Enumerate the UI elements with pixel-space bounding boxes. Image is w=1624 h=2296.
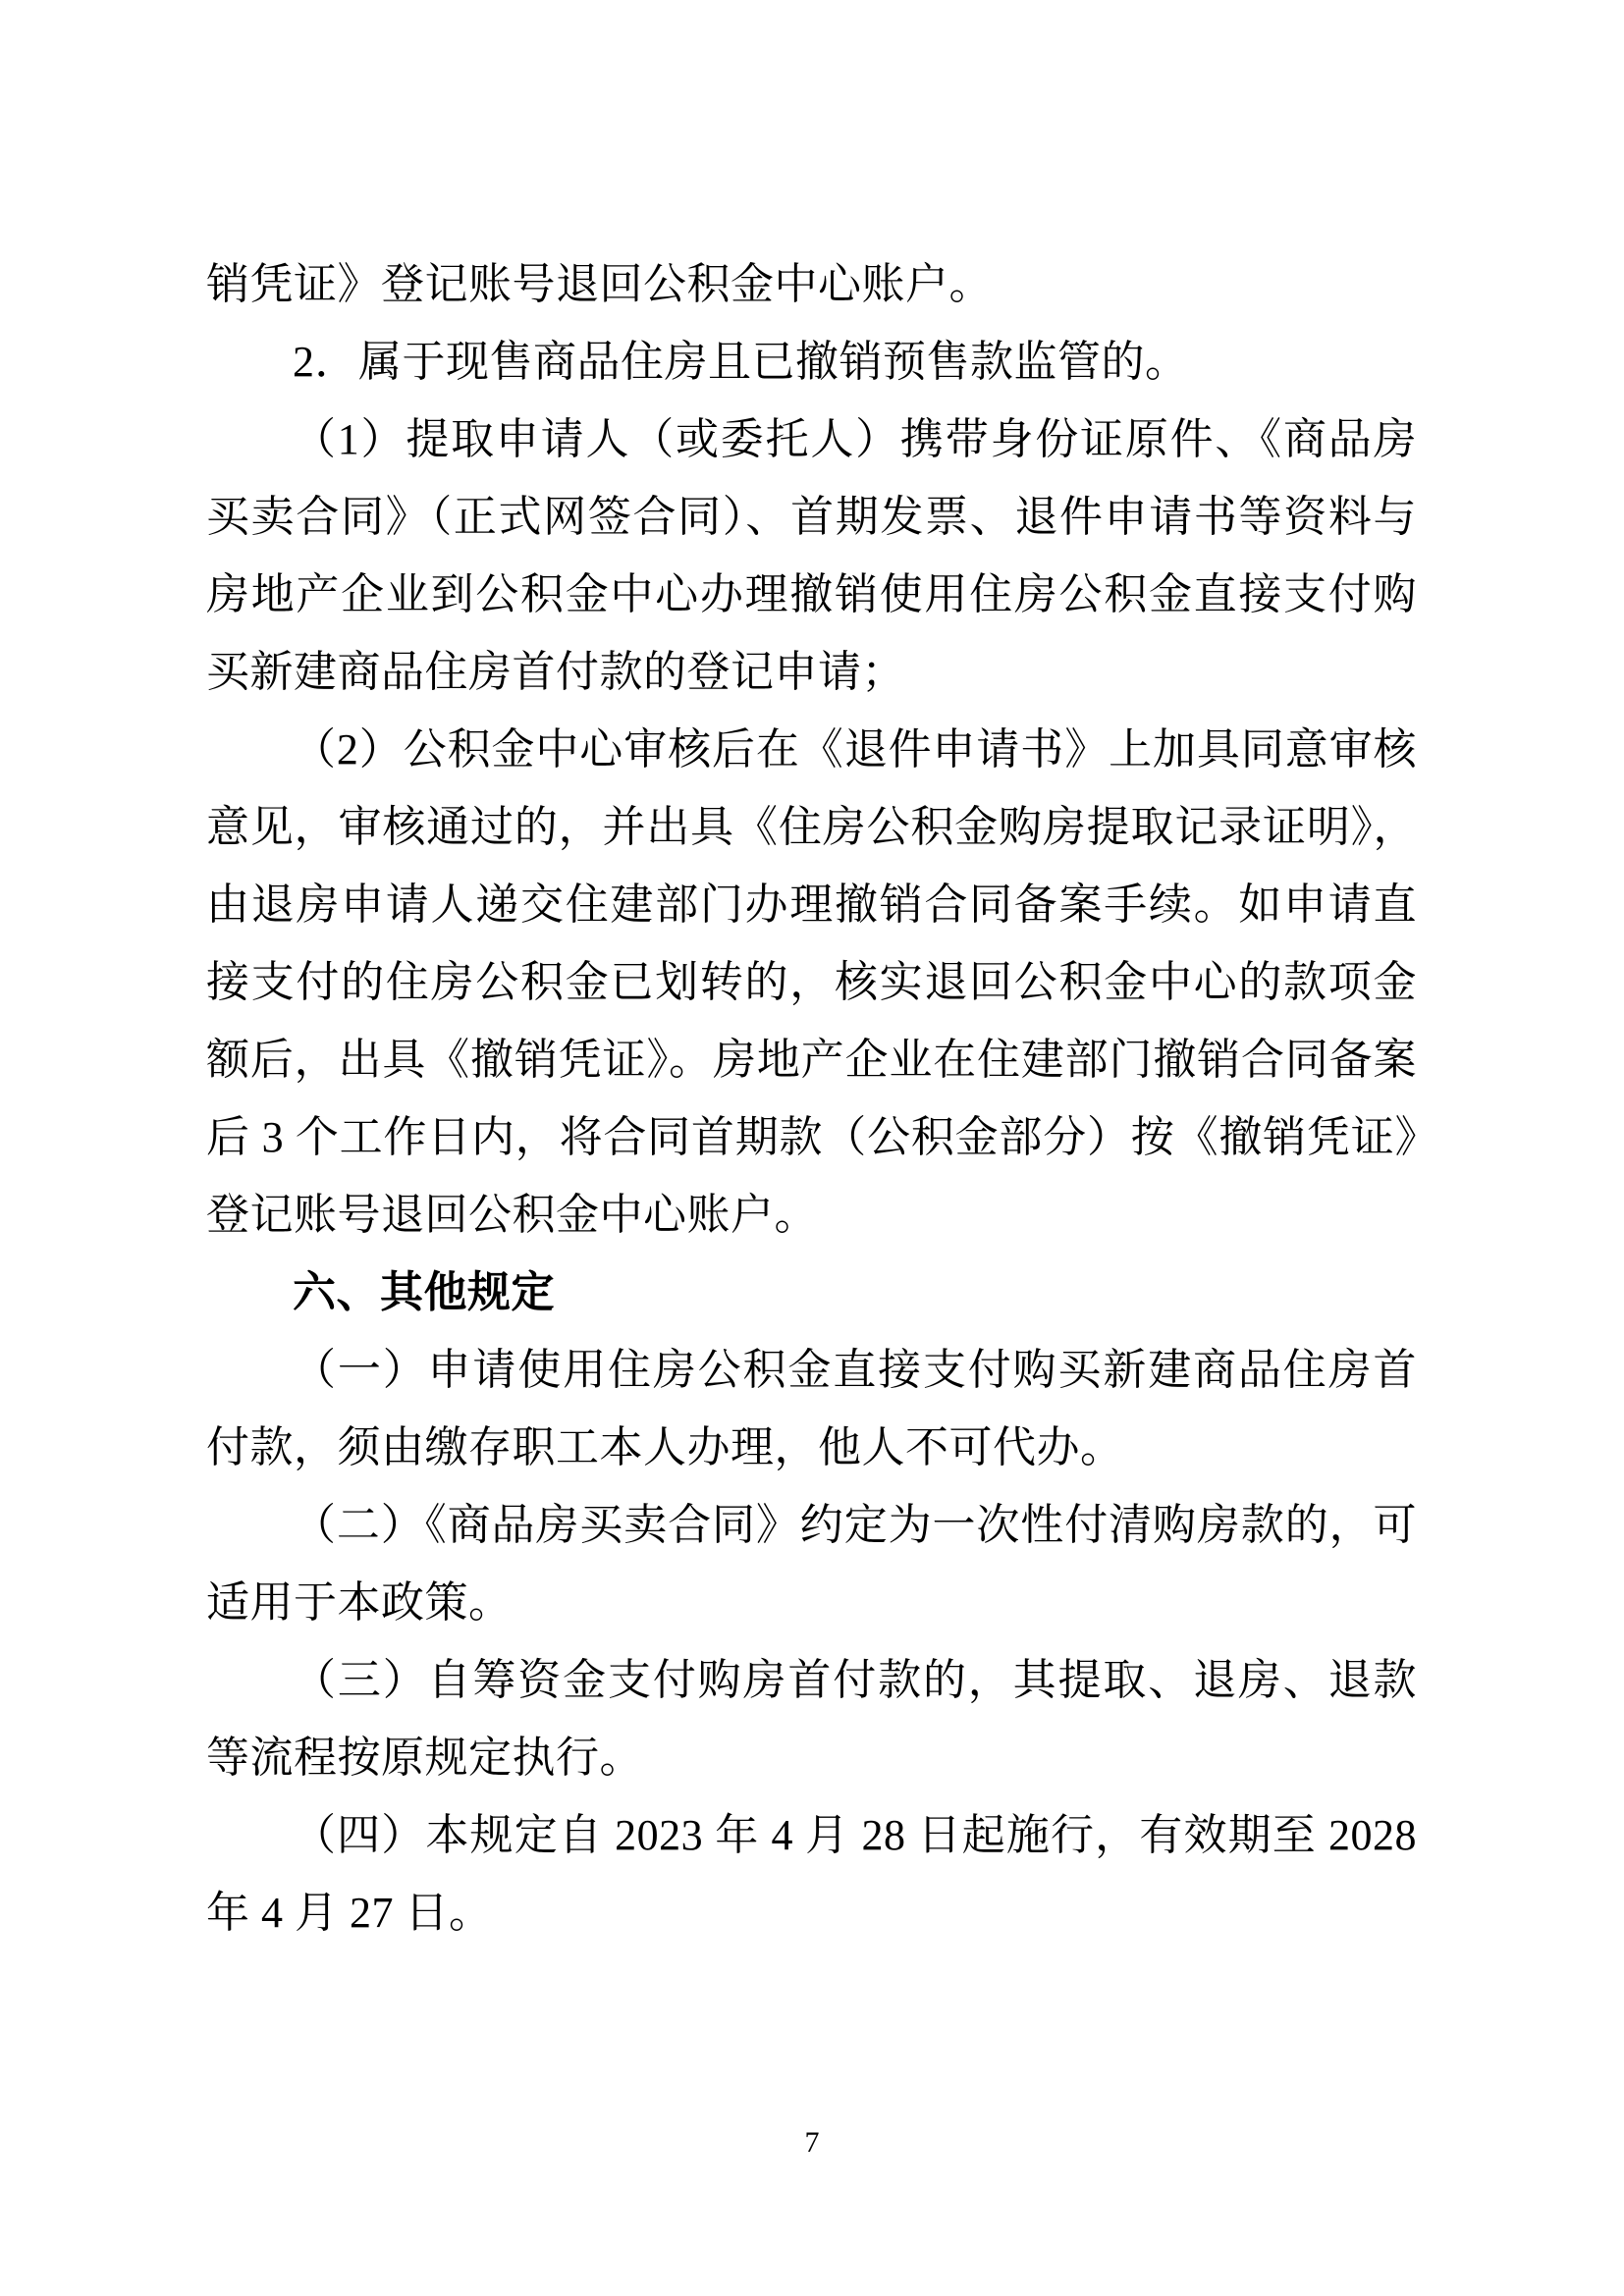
document-viewport: { "document": { "page_number": "7", "par… [0,0,1624,2296]
paragraph: 2．属于现售商品住房且已撤销预售款监管的。 [206,323,1417,400]
paragraph: （一）申请使用住房公积金直接支付购买新建商品住房首付款，须由缴存职工本人办理，他… [206,1331,1417,1486]
page-number: 7 [0,2123,1624,2163]
section-heading: 六、其他规定 [206,1254,1417,1331]
paragraph: （三）自筹资金支付购房首付款的，其提取、退房、退款等流程按原规定执行。 [206,1641,1417,1796]
paragraph: （2）公积金中心审核后在《退件申请书》上加具同意审核意见，审核通过的，并出具《住… [206,711,1417,1254]
document-page: 销凭证》登记账号退回公积金中心账户。2．属于现售商品住房且已撤销预售款监管的。（… [0,0,1624,2296]
paragraph: （1）提取申请人（或委托人）携带身份证原件、《商品房买卖合同》（正式网签合同）、… [206,400,1417,711]
paragraph: （二）《商品房买卖合同》约定为一次性付清购房款的，可适用于本政策。 [206,1486,1417,1641]
paragraph: （四）本规定自 2023 年 4 月 28 日起施行，有效期至 2028 年 4… [206,1796,1417,1951]
paragraph: 销凭证》登记账号退回公积金中心账户。 [206,245,1417,323]
document-body: 销凭证》登记账号退回公积金中心账户。2．属于现售商品住房且已撤销预售款监管的。（… [206,245,1417,1951]
